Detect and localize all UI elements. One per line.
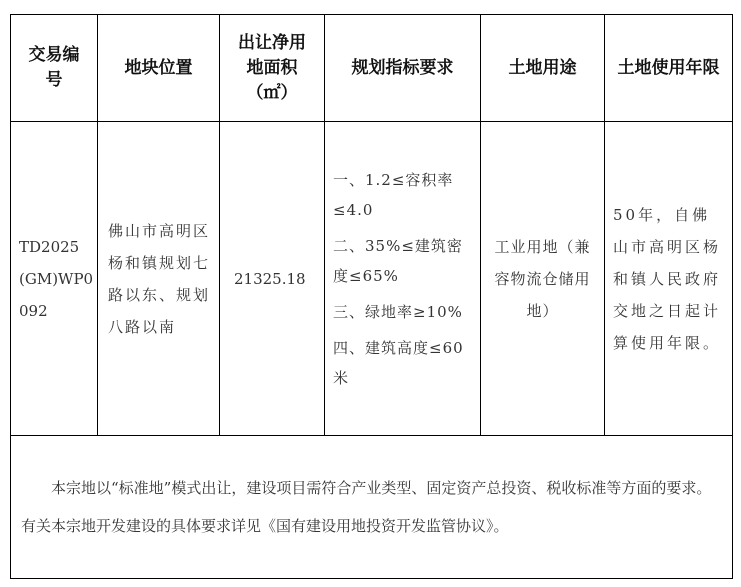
header-planning-requirements: 规划指标要求	[325, 15, 481, 122]
planning-requirements-cell: 一、1.2≤容积率≤4.0 二、35%≤建筑密度≤65% 三、绿地率≥10% 四…	[325, 122, 481, 436]
header-row: 交易编号 地块位置 出让净用地面积（㎡） 规划指标要求 土地用途 土地使用年限	[11, 15, 733, 122]
table-row: TD2025(GM)WP0092 佛山市高明区杨和镇规划七路以东、规划八路以南 …	[11, 122, 733, 436]
header-use-term: 土地使用年限	[605, 15, 733, 122]
header-location: 地块位置	[98, 15, 220, 122]
note-cell: 本宗地以“标准地”模式出让，建设项目需符合产业类型、固定资产总投资、税收标准等方…	[11, 436, 733, 579]
header-land-use: 土地用途	[481, 15, 605, 122]
requirement-green-ratio: 三、绿地率≥10%	[333, 297, 476, 327]
header-net-area: 出让净用地面积（㎡）	[220, 15, 325, 122]
land-use-cell: 工业用地（兼容物流仓储用地）	[481, 122, 605, 436]
requirement-building-density: 二、35%≤建筑密度≤65%	[333, 231, 476, 291]
note-row: 本宗地以“标准地”模式出让，建设项目需符合产业类型、固定资产总投资、税收标准等方…	[11, 436, 733, 579]
use-term-cell: 50年，自佛山市高明区杨和镇人民政府交地之日起计算使用年限。	[605, 122, 733, 436]
land-parcel-table: 交易编号 地块位置 出让净用地面积（㎡） 规划指标要求 土地用途 土地使用年限 …	[10, 14, 733, 579]
requirement-floor-area-ratio: 一、1.2≤容积率≤4.0	[333, 165, 476, 225]
trade-id-cell: TD2025(GM)WP0092	[11, 122, 98, 436]
net-area-cell: 21325.18	[220, 122, 325, 436]
location-cell: 佛山市高明区杨和镇规划七路以东、规划八路以南	[98, 122, 220, 436]
header-trade-id: 交易编号	[11, 15, 98, 122]
requirement-building-height: 四、建筑高度≤60米	[333, 333, 476, 393]
